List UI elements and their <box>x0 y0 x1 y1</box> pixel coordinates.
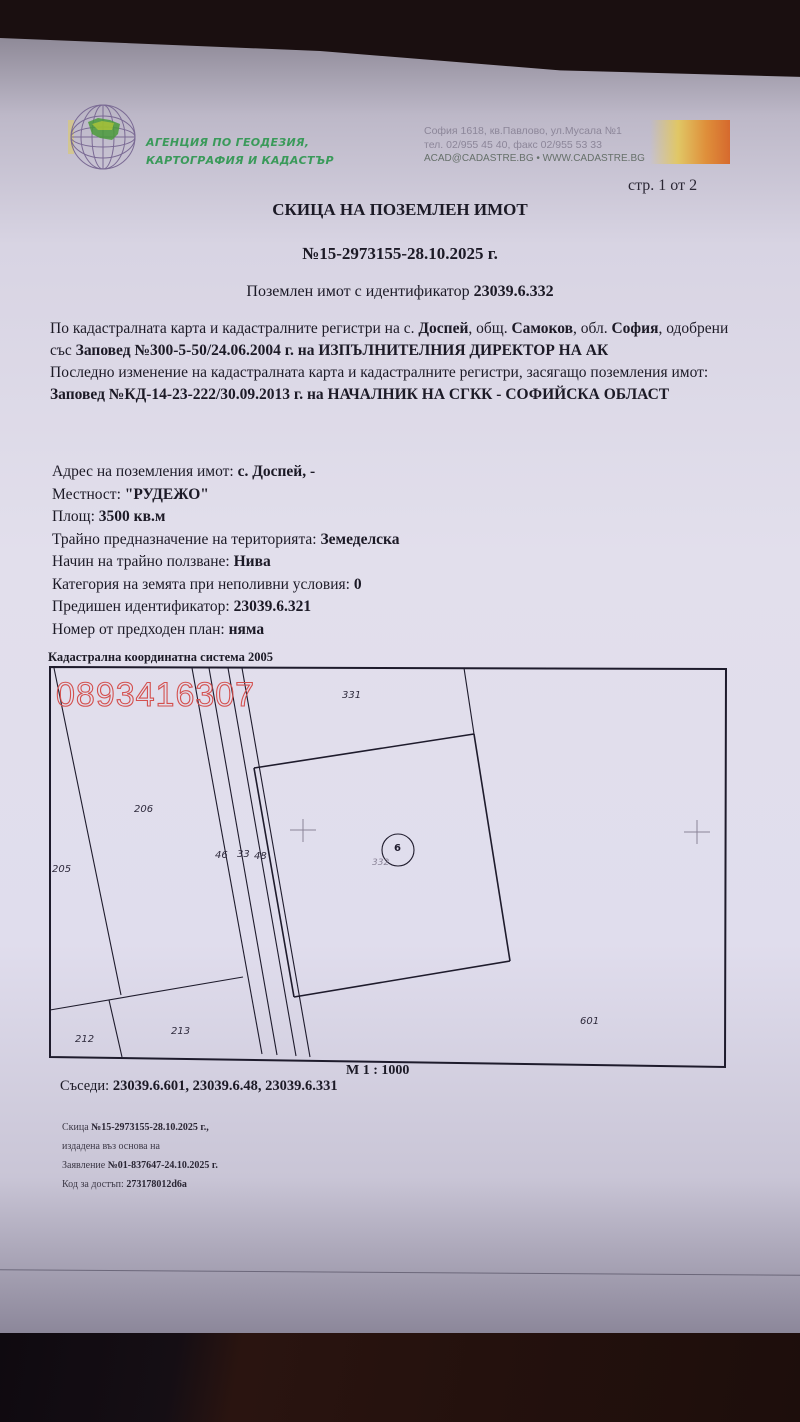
village-name: Доспей <box>418 320 468 337</box>
field-usage: Начин на трайно ползване: Нива <box>52 551 400 574</box>
contact-phone: тел. 02/955 45 40, факс 02/955 53 33 <box>424 138 645 152</box>
cadastral-zone-number: 6 <box>394 843 401 854</box>
parcel-label-48: 48 <box>254 851 267 862</box>
approval-paragraph: По кадастралната карта и кадастралните р… <box>50 318 740 362</box>
footer-access-code: Код за достъп: 273178012d6a <box>62 1175 218 1194</box>
field-label: Площ: <box>52 508 99 525</box>
footer-value: 273178012d6a <box>126 1179 187 1190</box>
crosshair-icon <box>290 819 710 844</box>
footer-issued-on: издадена въз основа на <box>62 1137 218 1156</box>
document-title: СКИЦА НА ПОЗЕМЛЕН ИМОТ <box>0 200 800 220</box>
background-surface <box>0 1330 800 1422</box>
field-value: Нива <box>234 553 271 570</box>
municipality-name: Самоков <box>511 320 573 337</box>
field-label: Категория на земята при неполивни услови… <box>52 576 354 593</box>
issuance-footer: Скица №15-2973155-28.10.2025 г., издаден… <box>62 1118 218 1194</box>
field-label: Начин на трайно ползване: <box>52 553 234 570</box>
footer-sketch: Скица №15-2973155-28.10.2025 г., <box>62 1118 218 1137</box>
brand-gradient-bar <box>650 120 730 164</box>
agency-name-line2: картография и кадастър <box>146 152 334 170</box>
footer-label: Заявление <box>62 1160 108 1171</box>
region-name: София <box>611 320 658 337</box>
phone-watermark: 0893416307 <box>56 676 255 715</box>
map-scale: М 1 : 1000 <box>346 1063 409 1079</box>
field-locality: Местност: "РУДЕЖО" <box>52 484 400 507</box>
neighbors-label: Съседи: <box>60 1078 113 1094</box>
field-label: Адрес на поземления имот: <box>52 463 238 480</box>
field-label: Местност: <box>52 486 125 503</box>
parcel-label-331: 331 <box>342 690 361 701</box>
field-value: 3500 кв.м <box>99 508 166 525</box>
footer-label: Скица <box>62 1122 91 1133</box>
text-fragment: , обл. <box>573 320 612 337</box>
field-value: Земеделска <box>320 531 399 548</box>
footer-application: Заявление №01-837647-24.10.2025 г. <box>62 1156 218 1175</box>
parcel-label-206: 206 <box>134 804 153 815</box>
parcel-label-205: 205 <box>52 864 71 875</box>
field-address: Адрес на поземления имот: с. Доспей, - <box>52 461 400 484</box>
text-fragment: Последно изменение на кадастралната карт… <box>50 364 708 381</box>
footer-label: Код за достъп: <box>62 1179 126 1190</box>
field-previous-plan: Номер от предходен план: няма <box>52 619 400 642</box>
parcel-label-213: 213 <box>171 1026 190 1037</box>
field-value: "РУДЕЖО" <box>125 486 209 503</box>
coordinate-system-label: Кадастрална координатна система 2005 <box>48 650 273 665</box>
contact-address: София 1618, кв.Павлово, ул.Мусала №1 <box>424 124 645 138</box>
document-number: №15-2973155-28.10.2025 г. <box>0 244 800 264</box>
neighbors-line: Съседи: 23039.6.601, 23039.6.48, 23039.6… <box>60 1078 338 1095</box>
agency-globe-logo-icon <box>68 102 138 172</box>
parcel-identifier-value: 23039.6.332 <box>474 283 554 300</box>
agency-name-line1: Агенция по геодезия, <box>146 134 334 152</box>
field-value: с. Доспей, - <box>238 463 316 480</box>
field-label: Номер от предходен план: <box>52 621 229 638</box>
parcel-identifier-line: Поземлен имот с идентификатор 23039.6.33… <box>0 283 800 301</box>
text-fragment: По кадастралната карта и кадастралните р… <box>50 320 418 337</box>
field-value: 23039.6.321 <box>234 598 312 615</box>
field-value: 0 <box>354 576 362 593</box>
text-fragment: , общ. <box>468 320 511 337</box>
page-indicator: стр. 1 от 2 <box>628 177 697 195</box>
field-label: Трайно предназначение на територията: <box>52 531 320 548</box>
parcel-label-332: 332 <box>372 858 389 868</box>
parcel-identifier-label: Поземлен имот с идентификатор <box>246 283 473 300</box>
field-category: Категория на земята при неполивни услови… <box>52 574 400 597</box>
field-label: Предишен идентификатор: <box>52 598 234 615</box>
parcel-label-212: 212 <box>75 1034 94 1045</box>
parcel-attributes: Адрес на поземления имот: с. Доспей, - М… <box>52 461 400 641</box>
agency-name: Агенция по геодезия, картография и кадас… <box>146 134 334 170</box>
legal-basis-text: По кадастралната карта и кадастралните р… <box>50 318 740 406</box>
parcel-label-33: 33 <box>237 849 250 860</box>
parcel-label-601: 601 <box>580 1016 599 1027</box>
field-area: Площ: 3500 кв.м <box>52 506 400 529</box>
field-value: няма <box>229 621 265 638</box>
contact-web: ACAD@CADASTRE.BG • WWW.CADASTRE.BG <box>424 152 645 166</box>
neighbors-value: 23039.6.601, 23039.6.48, 23039.6.331 <box>113 1078 338 1094</box>
field-purpose: Трайно предназначение на територията: Зе… <box>52 529 400 552</box>
last-change-order: Заповед №КД-14-23-222/30.09.2013 г. на Н… <box>50 386 669 403</box>
footer-value: №15-2973155-28.10.2025 г., <box>91 1122 209 1133</box>
field-previous-id: Предишен идентификатор: 23039.6.321 <box>52 596 400 619</box>
last-change-paragraph: Последно изменение на кадастралната карт… <box>50 362 740 406</box>
approval-order: Заповед №300-5-50/24.06.2004 г. на ИЗПЪЛ… <box>76 342 609 359</box>
footer-value: №01-837647-24.10.2025 г. <box>108 1160 218 1171</box>
parcel-label-46: 46 <box>215 850 228 861</box>
agency-contact: София 1618, кв.Павлово, ул.Мусала №1 тел… <box>424 124 645 166</box>
